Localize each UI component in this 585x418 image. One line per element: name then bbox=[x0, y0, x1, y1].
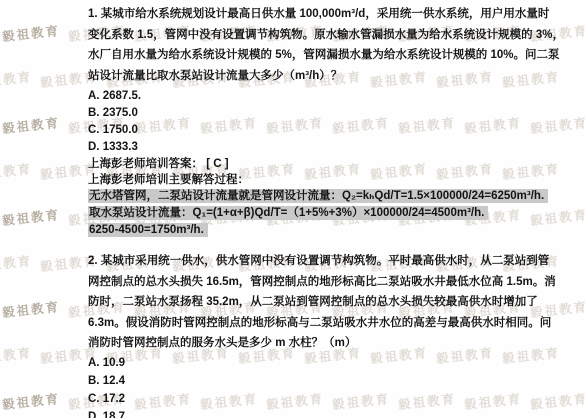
question-line: 防时，二泵站水泵扬程 35.2m，从二泵站到管网控制点的总水头损失较最高供水时增… bbox=[88, 292, 571, 313]
watermark-stamp: 毅祖教育 bbox=[0, 251, 33, 275]
question-line: 6.3m。假设消防时管网控制点的地形标高与二泵站吸水井水位的高差与最高供水时相同… bbox=[88, 313, 571, 334]
question-line: 站设计流量比取水泵站设计流量大多少（m³/h）？ bbox=[88, 66, 571, 87]
option-item: A. 2687.5. bbox=[88, 88, 571, 105]
watermark-stamp: 毅祖教育 bbox=[1, 297, 61, 321]
solution-line: 无水塔管网，二泵站设计流量就是管网设计流量：Q₂=kₕQd/T=1.5×1000… bbox=[88, 188, 571, 205]
option-item: C. 17.2 bbox=[88, 390, 571, 408]
watermark-stamp: 毅祖教育 bbox=[1, 389, 61, 413]
solution-steps: 无水塔管网，二泵站设计流量就是管网设计流量：Q₂=kₕQd/T=1.5×1000… bbox=[88, 188, 571, 239]
highlighted-formula: 6250-4500=1750m³/h. bbox=[88, 223, 208, 237]
answer-line: 上海彭老师培训答案： [ C ] bbox=[88, 156, 571, 172]
watermark-stamp: 毅祖教育 bbox=[0, 159, 33, 183]
watermark-stamp: 毅祖教育 bbox=[1, 113, 61, 137]
option-item: C. 1750.0 bbox=[88, 122, 571, 139]
question-line: 变化系数 1.5，管网中没有设置调节构筑物。原水输水管漏损水量为给水系统设计规模… bbox=[88, 25, 571, 46]
option-item: D. 1333.3 bbox=[88, 139, 571, 156]
question-2-options: A. 10.9B. 12.4C. 17.2D. 18.7 bbox=[88, 354, 571, 418]
solution-line: 取水泵站设计流量：Q₁=(1+α+β)Qd/T=（1+5%+3%）×100000… bbox=[88, 205, 571, 222]
solution-heading: 上海彭老师培训主要解答过程： bbox=[88, 172, 571, 188]
option-item: B. 2375.0 bbox=[88, 105, 571, 122]
question-line: 2. 某城市采用统一供水，供水管网中没有设置调节构筑物。平时最高供水时，从二泵站… bbox=[88, 251, 571, 272]
highlighted-formula: 无水塔管网，二泵站设计流量就是管网设计流量：Q₂=kₕQd/T=1.5×1000… bbox=[88, 189, 548, 203]
solution-line: 6250-4500=1750m³/h. bbox=[88, 222, 571, 239]
document-page: 毅祖教育毅祖教育毅祖教育毅祖教育毅祖教育毅祖教育毅祖教育毅祖教育毅祖教育毅祖教育… bbox=[0, 0, 585, 418]
question-line: 1. 某城市给水系统规划设计最高日供水量 100,000m³/d，采用统一供水系… bbox=[88, 4, 571, 25]
option-item: D. 18.7 bbox=[88, 408, 571, 418]
watermark-stamp: 毅祖教育 bbox=[1, 205, 61, 229]
question-1-text: 1. 某城市给水系统规划设计最高日供水量 100,000m³/d，采用统一供水系… bbox=[88, 0, 571, 86]
option-item: A. 10.9 bbox=[88, 354, 571, 372]
watermark-stamp: 毅祖教育 bbox=[0, 343, 33, 367]
question-2-text: 2. 某城市采用统一供水，供水管网中没有设置调节构筑物。平时最高供水时，从二泵站… bbox=[88, 239, 571, 354]
question-line: 网控制点的总水头损失 16.5m，管网控制点的地形标高比二泵站吸水井最低水位高 … bbox=[88, 272, 571, 293]
watermark-stamp: 毅祖教育 bbox=[0, 67, 33, 91]
document-content: 1. 某城市给水系统规划设计最高日供水量 100,000m³/d，采用统一供水系… bbox=[88, 0, 571, 418]
watermark-stamp: 毅祖教育 bbox=[1, 21, 61, 45]
question-line: 水厂自用水量为给水系统设计规模的 5%，管网漏损水量为给水系统设计规模的 10%… bbox=[88, 45, 571, 66]
question-1-options: A. 2687.5.B. 2375.0C. 1750.0D. 1333.3 bbox=[88, 86, 571, 156]
question-line: 消防时管网控制点的服务水头是多少 m 水柱？（m） bbox=[88, 333, 571, 354]
option-item: B. 12.4 bbox=[88, 372, 571, 390]
highlighted-formula: 取水泵站设计流量：Q₁=(1+α+β)Qd/T=（1+5%+3%）×100000… bbox=[88, 206, 488, 220]
